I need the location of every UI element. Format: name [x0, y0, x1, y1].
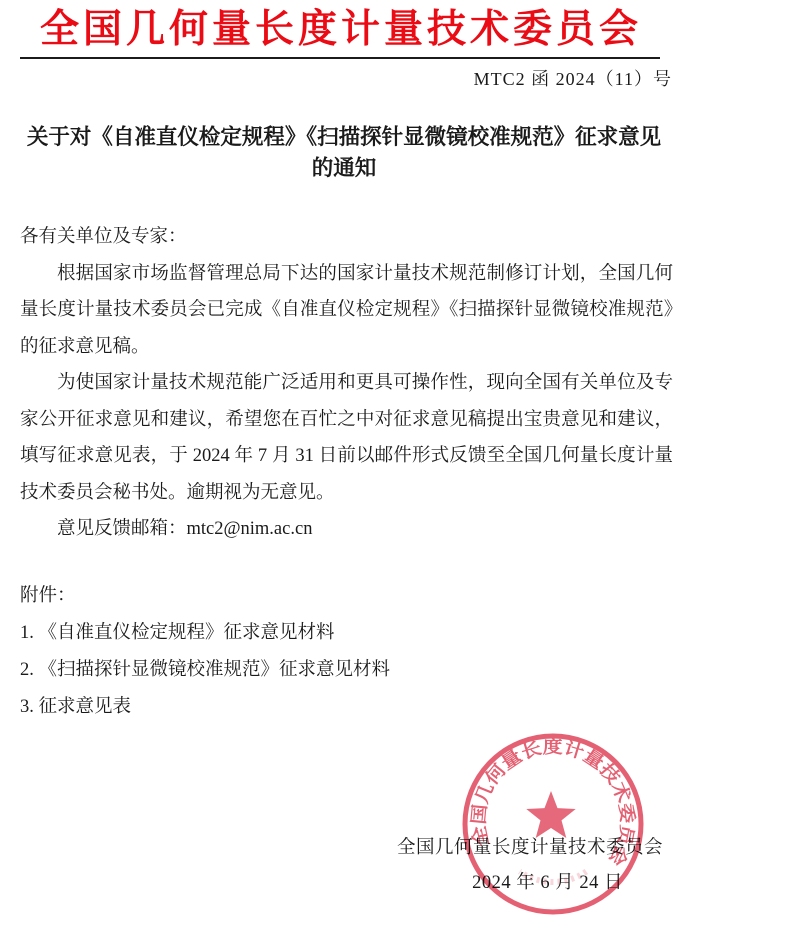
official-seal: 全国几何量长度计量技术委员会 [460, 731, 646, 917]
notice-title-line2: 的通知 [14, 153, 674, 184]
seal-star-icon [526, 791, 575, 838]
attachment-item-3: 3. 征求意见表 [20, 689, 673, 726]
attachment-item-2: 2. 《扫描探针显微镜校准规范》征求意见材料 [20, 652, 673, 689]
paragraph-basis: 根据国家市场监督管理总局下达的国家计量技术规范制修订计划，全国几何量长度计量技术… [20, 256, 673, 366]
header-divider-line [20, 57, 660, 59]
seal-bottom-texture [520, 872, 587, 883]
document-page: 全国几何量长度计量技术委员会 MTC2 函 2024（11）号 关于对《自准直仪… [0, 0, 800, 932]
letter-body: 各有关单位及专家： 根据国家市场监督管理总局下达的国家计量技术规范制修订计划，全… [20, 219, 673, 548]
document-number: MTC2 函 2024（11）号 [20, 66, 672, 92]
salutation: 各有关单位及专家： [20, 219, 673, 256]
paragraph-feedback-email: 意见反馈邮箱：mtc2@nim.ac.cn [20, 511, 673, 548]
notice-title-line1: 关于对《自准直仪检定规程》《扫描探针显微镜校准规范》征求意见 [14, 122, 674, 153]
paragraph-request: 为使国家计量技术规范能广泛适用和更具可操作性，现向全国有关单位及专家公开征求意见… [20, 365, 673, 511]
attachments-section: 附件： 1. 《自准直仪检定规程》征求意见材料 2. 《扫描探针显微镜校准规范》… [20, 578, 673, 726]
attachment-item-1: 1. 《自准直仪检定规程》征求意见材料 [20, 615, 673, 652]
notice-title: 关于对《自准直仪检定规程》《扫描探针显微镜校准规范》征求意见 的通知 [14, 122, 674, 184]
letterhead-org-title: 全国几何量长度计量技术委员会 [20, 5, 662, 55]
attachments-label: 附件： [20, 578, 673, 615]
